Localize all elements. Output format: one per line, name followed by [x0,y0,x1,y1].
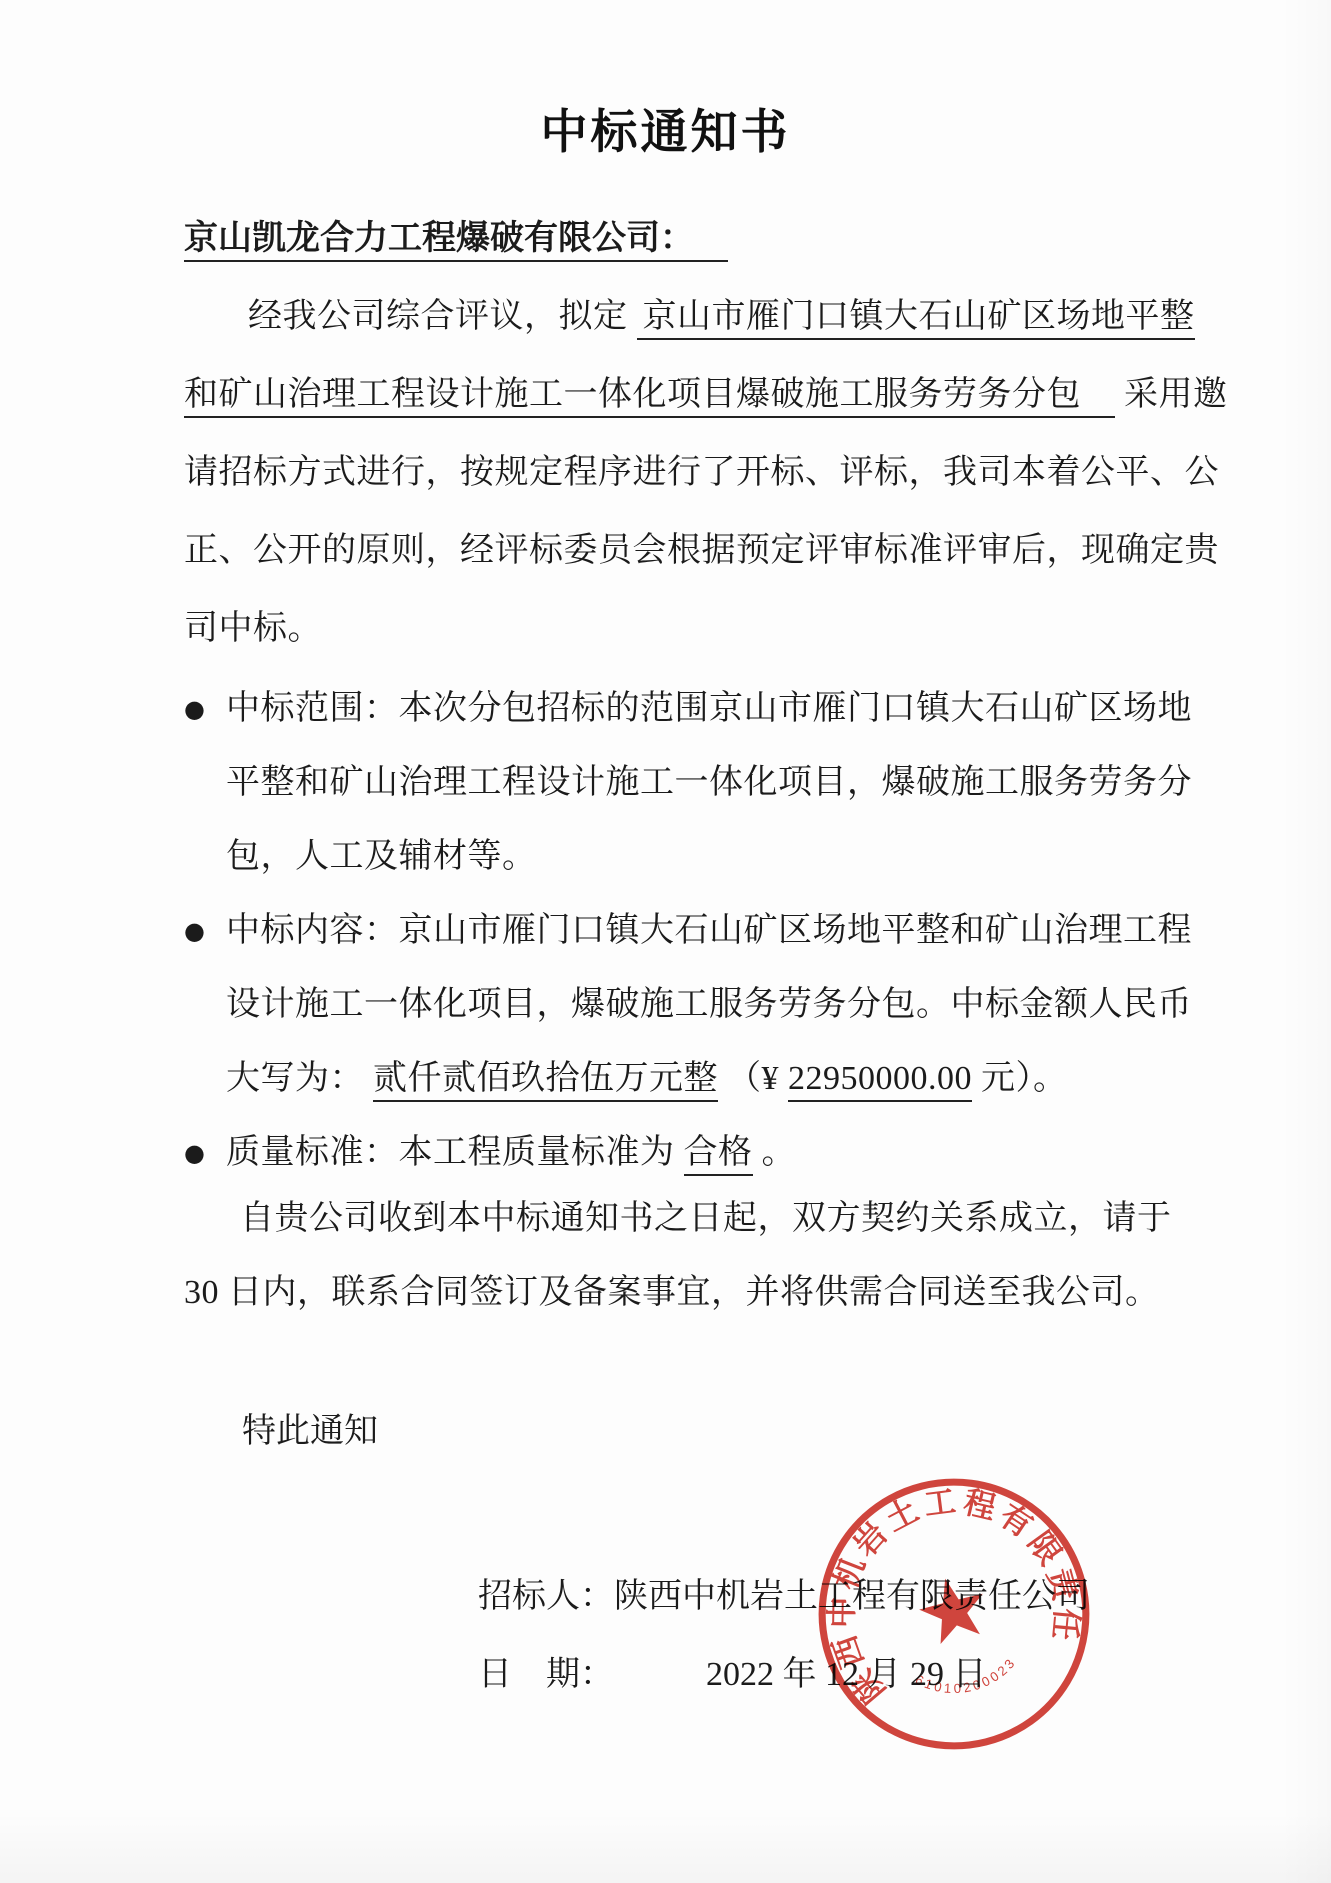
signature-block: 招标人： 陕西中机岩土工程有限责任公司 日 期： 2022 年 12 月 29 … [478,1558,1178,1714]
quality-prefix: 质量标准：本工程质量标准为 [226,1134,675,1171]
bullet-icon: ● [184,894,205,968]
intro-line-3: 请招标方式进行，按规定程序进行了开标、评标，我司本着公平、公 [184,434,1224,512]
bullet-content: ● 中标内容：京山市雁门口镇大石山矿区场地平整和矿山治理工程 设计施工一体化项目… [184,894,1244,1116]
bullet-scope: ● 中标范围：本次分包招标的范围京山市雁门口镇大石山矿区场地 平整和矿山治理工程… [184,672,1244,894]
bullet-icon: ● [184,1116,205,1190]
amount-suffix: 元）。 [981,1060,1068,1097]
salutation-line: 京山凯龙合力工程爆破有限公司： [184,200,728,278]
amount-in-words: 贰仟贰佰玖拾伍万元整 [373,1060,718,1102]
amount-prefix: 大写为： [226,1060,364,1097]
quality-suffix: 。 [762,1134,797,1171]
intro-paragraph: 经我公司综合评议，拟定 京山市雁门口镇大石山矿区场地平整 和矿山治理工程设计施工… [184,278,1224,668]
date-line: 日 期： 2022 年 12 月 29 日 [478,1636,1178,1714]
bidder-line: 招标人： 陕西中机岩土工程有限责任公司 [478,1558,1178,1636]
bullet-list: ● 中标范围：本次分包招标的范围京山市雁门口镇大石山矿区场地 平整和矿山治理工程… [184,672,1244,1190]
scope-line-3: 包，人工及辅材等。 [226,820,1244,894]
intro-line-1-plain: 经我公司综合评议，拟定 [248,298,628,335]
bullet-icon: ● [184,672,205,746]
scope-line-1: 中标范围：本次分包招标的范围京山市雁门口镇大石山矿区场地 [226,672,1244,746]
project-name-part-1: 京山市雁门口镇大石山矿区场地平整 [637,298,1195,340]
content-line-3: 大写为： 贰仟贰佰玖拾伍万元整 （¥ 22950000.00 元）。 [226,1042,1244,1116]
quality-standard: 合格 [684,1134,753,1176]
intro-line-2: 和矿山治理工程设计施工一体化项目爆破施工服务劳务分包 采用邀 [184,356,1224,434]
content-line-2: 设计施工一体化项目，爆破施工服务劳务分包。中标金额人民币 [226,968,1244,1042]
closing-line-1: 自贵公司收到本中标通知书之日起，双方契约关系成立，请于 [184,1182,1224,1256]
amount-mid: （¥ [727,1060,779,1097]
scanned-document-page: 中标通知书 京山凯龙合力工程爆破有限公司： 经我公司综合评议，拟定 京山市雁门口… [0,0,1331,1883]
date-label: 日 期： [478,1636,614,1714]
bullet-quality: ● 质量标准：本工程质量标准为 合格 。 [184,1116,1244,1190]
closing-paragraph: 自贵公司收到本中标通知书之日起，双方契约关系成立，请于 30 日内，联系合同签订… [184,1182,1224,1330]
intro-line-1: 经我公司综合评议，拟定 京山市雁门口镇大石山矿区场地平整 [184,278,1224,356]
date-value: 2022 年 12 月 29 日 [706,1636,987,1714]
intro-line-2-plain: 采用邀 [1124,376,1228,413]
content-line-1: 中标内容：京山市雁门口镇大石山矿区场地平整和矿山治理工程 [226,894,1244,968]
intro-line-5: 司中标。 [184,590,1224,668]
scope-line-2: 平整和矿山治理工程设计施工一体化项目，爆破施工服务劳务分 [226,746,1244,820]
quality-line: 质量标准：本工程质量标准为 合格 。 [226,1116,1244,1190]
document-title: 中标通知书 [0,95,1331,162]
notice-line: 特此通知 [184,1395,378,1469]
project-name-part-2: 和矿山治理工程设计施工一体化项目爆破施工服务劳务分包 [184,376,1115,418]
bidder-name: 陕西中机岩土工程有限责任公司 [614,1558,1090,1636]
amount-in-digits: 22950000.00 [788,1060,972,1102]
bidder-label: 招标人： [478,1558,614,1636]
closing-line-2: 30 日内，联系合同签订及备案事宜，并将供需合同送至我公司。 [184,1256,1224,1330]
intro-line-4: 正、公开的原则，经评标委员会根据预定评审标准评审后，现确定贵 [184,512,1224,590]
addressee-company-name: 京山凯龙合力工程爆破有限公司： [184,220,728,262]
